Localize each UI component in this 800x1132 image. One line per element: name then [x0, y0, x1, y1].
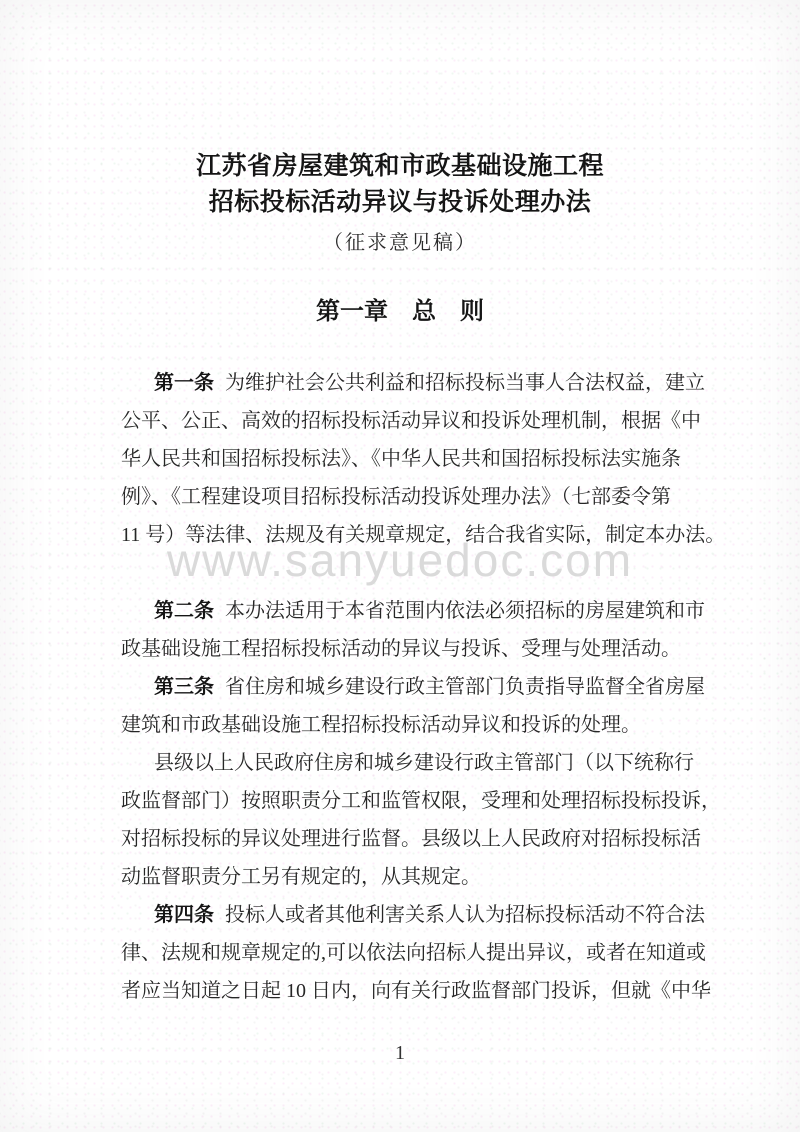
body-line: 11 号）等法律、法规及有关规章规定，结合我省实际，制定本办法。 — [121, 516, 705, 554]
body-line: 动监督职责分工另有规定的，从其规定。 — [121, 858, 705, 896]
body-line: 第一条为维护社会公共利益和招标投标当事人合法权益，建立 — [121, 364, 705, 402]
article-label: 第三条 — [154, 676, 214, 698]
body-line: 县级以上人民政府住房和城乡建设行政主管部门（以下统称行 — [121, 744, 705, 782]
body-line: 建筑和市政基础设施工程招标投标活动异议和投诉的处理。 — [121, 706, 705, 744]
article-text: 省住房和城乡建设行政主管部门负责指导监督全省房屋 — [225, 676, 705, 698]
page-number: 1 — [0, 1042, 800, 1065]
chapter-heading: 第一章 总 则 — [0, 291, 800, 326]
article-text: 为维护社会公共利益和招标投标当事人合法权益，建立 — [225, 372, 705, 394]
blank-line — [121, 554, 705, 592]
article-label: 第一条 — [154, 372, 214, 394]
body-line: 第三条省住房和城乡建设行政主管部门负责指导监督全省房屋 — [121, 668, 705, 706]
body-line: 对招标投标的异议处理进行监督。县级以上人民政府对招标投标活 — [121, 820, 705, 858]
body-line: 政监督部门）按照职责分工和监管权限，受理和处理招标投标投诉， — [121, 782, 705, 820]
document-subtitle: （征求意见稿） — [0, 226, 800, 255]
body-line: 者应当知道之日起 10 日内，向有关行政监督部门投诉，但就《中华 — [121, 972, 705, 1010]
document-title-line2: 招标投标活动异议与投诉处理办法 — [0, 182, 800, 218]
body-line: 第二条本办法适用于本省范围内依法必须招标的房屋建筑和市 — [121, 592, 705, 630]
body-line: 公平、公正、高效的招标投标活动异议和投诉处理机制，根据《中 — [121, 402, 705, 440]
document-body: 第一条为维护社会公共利益和招标投标当事人合法权益，建立 公平、公正、高效的招标投… — [121, 364, 705, 1010]
article-label: 第四条 — [154, 904, 214, 926]
document-title-line1: 江苏省房屋建筑和市政基础设施工程 — [0, 146, 800, 182]
body-line: 华人民共和国招标投标法》、《中华人民共和国招标投标法实施条 — [121, 440, 705, 478]
article-text: 本办法适用于本省范围内依法必须招标的房屋建筑和市 — [225, 600, 705, 622]
article-label: 第二条 — [154, 600, 214, 622]
body-line: 律、法规和规章规定的,可以依法向招标人提出异议，或者在知道或 — [121, 934, 705, 972]
body-line: 政基础设施工程招标投标活动的异议与投诉、受理与处理活动。 — [121, 630, 705, 668]
body-line: 例》、《工程建设项目招标投标活动投诉处理办法》（七部委令第 — [121, 478, 705, 516]
document-page: www.sanyuedoc.com 江苏省房屋建筑和市政基础设施工程 招标投标活… — [0, 0, 800, 1132]
article-text: 投标人或者其他利害关系人认为招标投标活动不符合法 — [225, 904, 705, 926]
body-line: 第四条投标人或者其他利害关系人认为招标投标活动不符合法 — [121, 896, 705, 934]
